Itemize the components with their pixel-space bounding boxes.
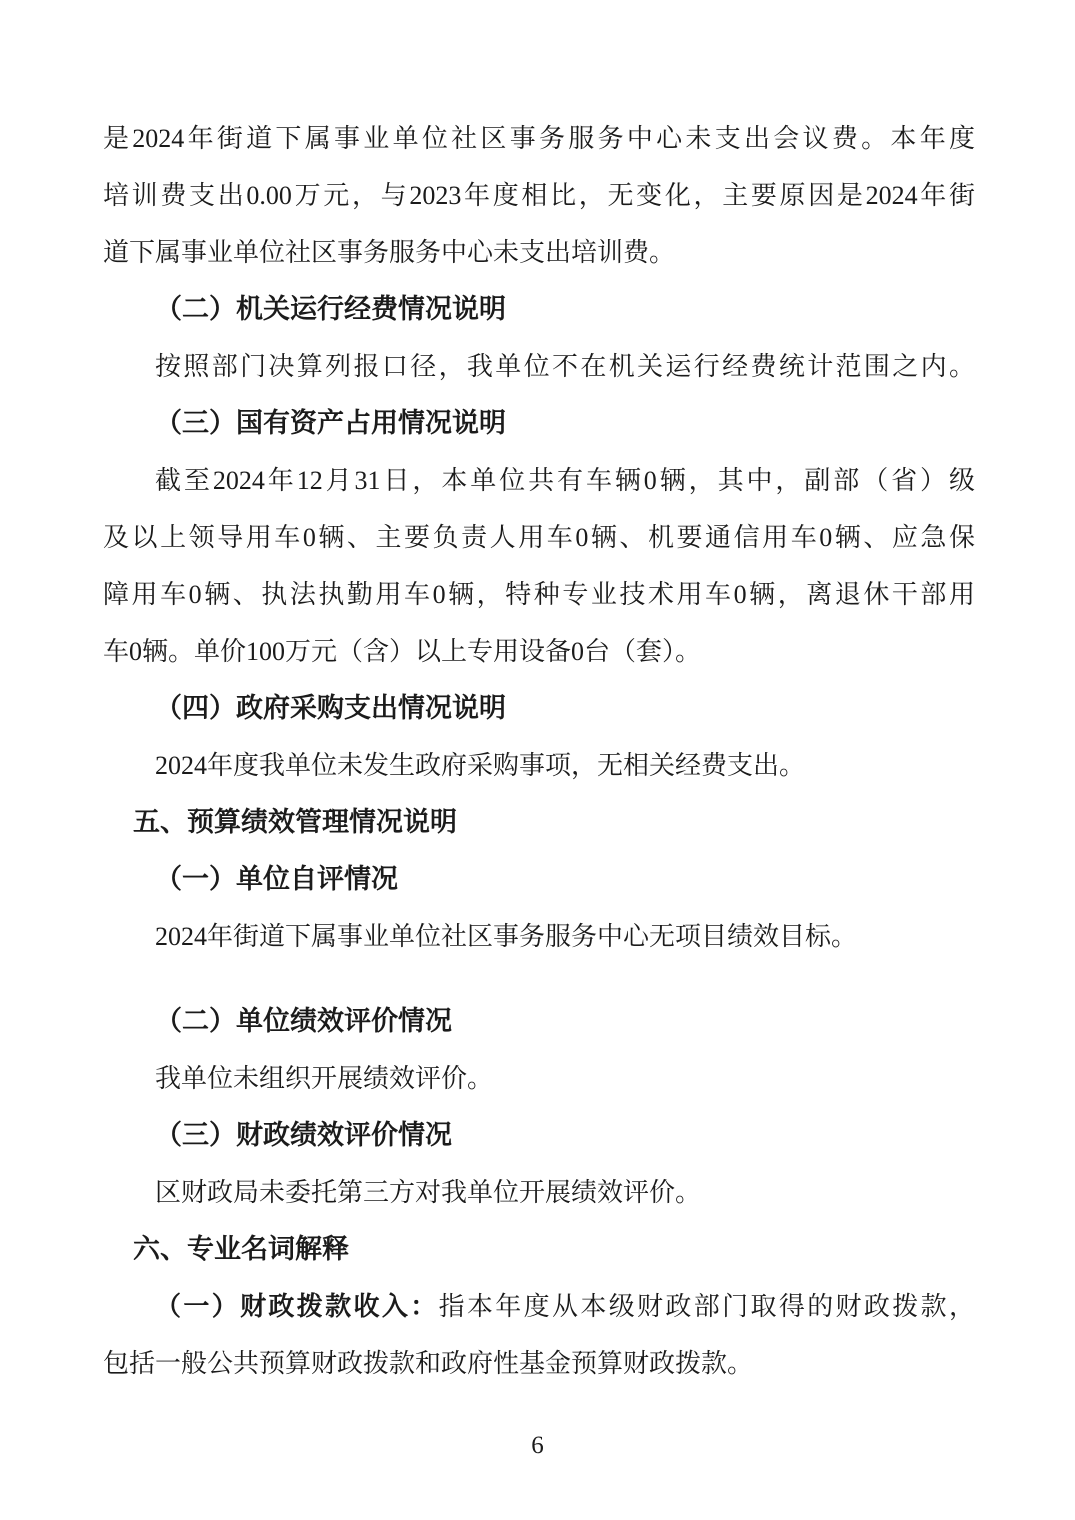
text-line: 是2024年街道下属事业单位社区事务服务中心未支出会议费。本年度: [103, 110, 975, 167]
document-content: 是2024年街道下属事业单位社区事务服务中心未支出会议费。本年度培训费支出0.0…: [103, 110, 975, 1392]
text-line: 包括一般公共预算财政拨款和政府性基金预算财政拨款。: [103, 1335, 975, 1392]
section-heading: （三）国有资产占用情况说明: [103, 395, 975, 452]
section-heading: （一）单位自评情况: [103, 851, 975, 908]
text-line: 我单位未组织开展绩效评价。: [103, 1050, 975, 1107]
section-heading: （四）政府采购支出情况说明: [103, 680, 975, 737]
text-line: 2024年度我单位未发生政府采购事项，无相关经费支出。: [103, 737, 975, 794]
text-line: 道下属事业单位社区事务服务中心未支出培训费。: [103, 224, 975, 281]
text-line: 截至2024年12月31日，本单位共有车辆0辆，其中，副部（省）级: [103, 452, 975, 509]
document-page: 是2024年街道下属事业单位社区事务服务中心未支出会议费。本年度培训费支出0.0…: [0, 0, 1075, 1520]
section-heading: （二）机关运行经费情况说明: [103, 281, 975, 338]
text-line: 按照部门决算列报口径，我单位不在机关运行经费统计范围之内。: [103, 338, 975, 395]
text-line: 车0辆。单价100万元（含）以上专用设备0台（套）。: [103, 623, 975, 680]
text-line: 2024年街道下属事业单位社区事务服务中心无项目绩效目标。: [103, 908, 975, 965]
section-heading: 六、专业名词解释: [103, 1221, 975, 1278]
text-line: 障用车0辆、执法执勤用车0辆，特种专业技术用车0辆，离退休干部用: [103, 566, 975, 623]
page-number: 6: [0, 1432, 1075, 1460]
term-label: （一）财政拨款收入：: [155, 1292, 439, 1321]
section-heading: （二）单位绩效评价情况: [103, 993, 975, 1050]
section-heading: 五、预算绩效管理情况说明: [103, 794, 975, 851]
text-line: （一）财政拨款收入：指本年度从本级财政部门取得的财政拨款，: [103, 1278, 975, 1335]
term-definition: 指本年度从本级财政部门取得的财政拨款，: [439, 1292, 975, 1321]
text-line: 培训费支出0.00万元，与2023年度相比，无变化，主要原因是2024年街: [103, 167, 975, 224]
section-heading: （三）财政绩效评价情况: [103, 1107, 975, 1164]
text-line: 及以上领导用车0辆、主要负责人用车0辆、机要通信用车0辆、应急保: [103, 509, 975, 566]
text-line: 区财政局未委托第三方对我单位开展绩效评价。: [103, 1164, 975, 1221]
